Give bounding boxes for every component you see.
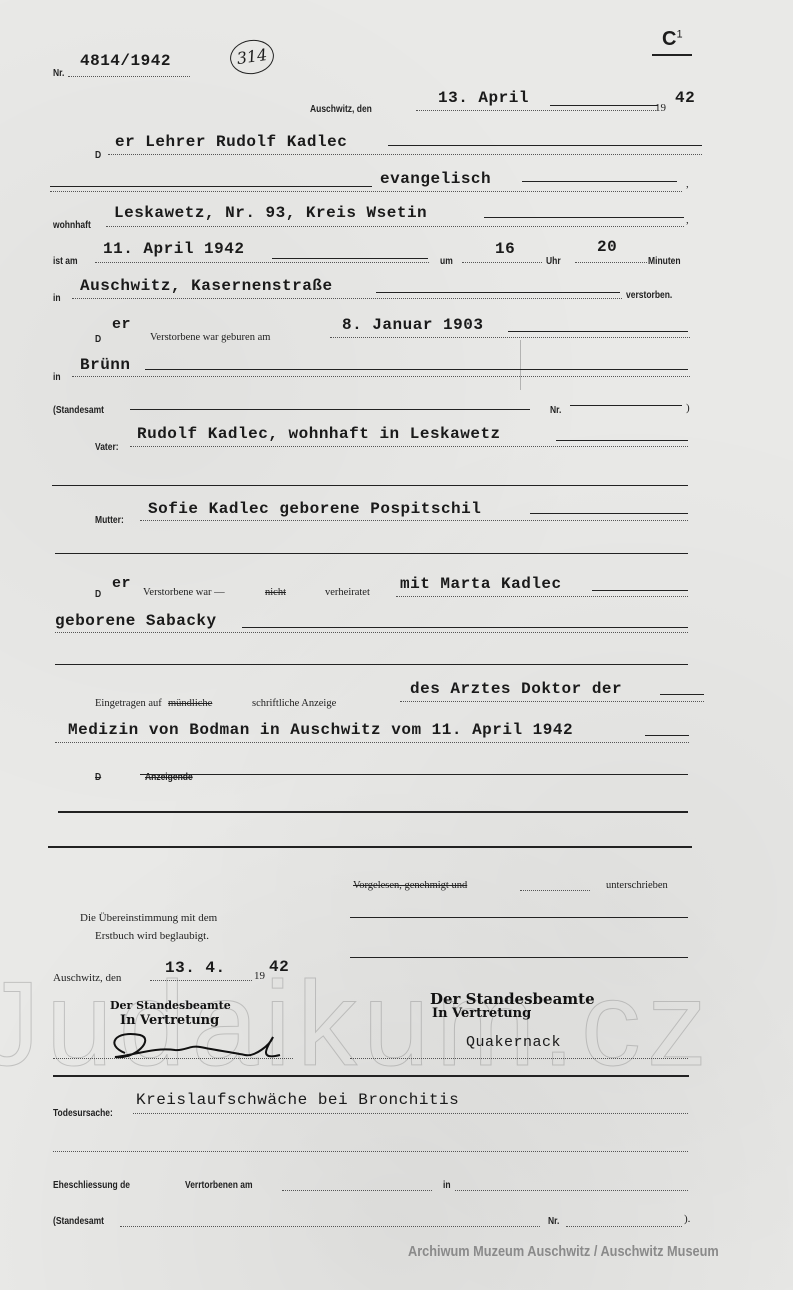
place-date-label: Auschwitz, den	[310, 104, 372, 115]
birth-date-underline	[330, 337, 690, 338]
cert-date: 13. 4.	[165, 959, 226, 977]
death-place-underline	[72, 298, 622, 299]
form-code-rule	[652, 54, 692, 56]
died-label: verstorben.	[626, 290, 672, 301]
cause-label: Todesursache:	[53, 1108, 113, 1119]
married-not-struck: nicht	[265, 587, 286, 598]
spouse-maiden-underline	[55, 632, 688, 633]
residence-value: Leskawetz, Nr. 93, Kreis Wsetin	[114, 204, 427, 222]
form-code: C1	[662, 28, 683, 51]
registry-rule	[130, 409, 530, 410]
deceased-name: er Lehrer Rudolf Kadlec	[115, 133, 347, 151]
father-label: Vater:	[95, 442, 119, 453]
certify-line-1: Die Übereinstimmung mit dem	[80, 912, 217, 924]
birth-in-label: in	[53, 372, 61, 383]
in-label: in	[53, 293, 61, 304]
entered-label: Eingetragen auf	[95, 698, 162, 709]
mother-label: Mutter:	[95, 515, 124, 526]
residence-label: wohnhaft	[53, 220, 91, 231]
religion-underline	[50, 191, 682, 192]
informant-rule-2	[645, 735, 689, 736]
cert-place-label: Auschwitz, den	[53, 972, 121, 984]
registry2-label: (Standesamt	[53, 1216, 104, 1227]
informant-rule-4	[58, 811, 688, 813]
read-approved-underline	[520, 890, 590, 891]
mother-rule	[530, 513, 688, 514]
form-code-sup: 1	[676, 28, 682, 40]
cert-date-underline	[150, 980, 252, 981]
married-gender: er	[112, 575, 131, 592]
entered-written: schriftliche Anzeige	[252, 698, 336, 709]
fold-line	[520, 340, 521, 390]
date-rule	[550, 105, 658, 106]
father-value: Rudolf Kadlec, wohnhaft in Leskawetz	[137, 425, 501, 443]
death-place-rule	[376, 292, 620, 293]
d-prefix-married: D	[95, 589, 101, 600]
married-label-b: verheiratet	[325, 587, 370, 598]
informant-rule-3	[140, 774, 688, 775]
hour-label: Uhr	[546, 256, 561, 267]
religion-rule-left	[50, 186, 372, 187]
spouse-underline	[396, 596, 688, 597]
date-value: 13. April	[438, 89, 529, 107]
birth-place-rule	[145, 369, 688, 370]
d-prefix-born: D	[95, 334, 101, 345]
registry2-underline	[120, 1226, 540, 1227]
section-divider	[48, 846, 692, 848]
spouse-rule	[592, 590, 688, 591]
year-prefix: 19	[655, 102, 666, 114]
mother-line-2	[55, 553, 688, 554]
registry2-nr-underline	[566, 1226, 682, 1227]
registry2-nr-label: Nr.	[548, 1216, 559, 1227]
registry2-close: ).	[684, 1213, 690, 1225]
entered-oral-struck: mündliche	[168, 698, 212, 709]
read-approved-struck: Vorgelesen, genehmigt und	[353, 880, 467, 891]
cause-value: Kreislaufschwäche bei Bronchitis	[136, 1091, 459, 1109]
cert-year-suffix: 42	[269, 958, 289, 976]
marriage-date-underline	[282, 1190, 432, 1191]
religion-rule-right	[522, 181, 677, 182]
official-right-substitute: In Vertretung	[432, 1006, 531, 1021]
comma: ,	[686, 214, 689, 226]
deceased-rule	[388, 145, 702, 146]
minutes-underline	[575, 262, 647, 263]
hour-underline	[462, 262, 542, 263]
date-underline	[416, 110, 656, 111]
registry-close: )	[686, 402, 690, 414]
registry-nr-rule	[570, 405, 682, 406]
cert-year-prefix: 19	[254, 970, 265, 982]
residence-underline	[106, 226, 684, 227]
hour-value: 16	[495, 240, 515, 258]
birth-date-rule	[508, 331, 688, 332]
informant-line-2: Medizin von Bodman in Auschwitz vom 11. …	[68, 721, 573, 739]
marriage-label: Eheschliessung de	[53, 1180, 130, 1191]
handwritten-signature	[95, 1025, 295, 1065]
spouse-line-3	[55, 664, 688, 665]
death-place: Auschwitz, Kasernenstraße	[80, 277, 333, 295]
minutes-value: 20	[597, 238, 617, 256]
marriage-place-underline	[455, 1190, 688, 1191]
year-suffix: 42	[675, 89, 695, 107]
informant-underline-2	[55, 742, 689, 743]
register-label: Nr.	[53, 68, 64, 79]
mother-value: Sofie Kadlec geborene Pospitschil	[148, 500, 481, 518]
born-label: Verstorbene war geburen am	[150, 332, 270, 343]
minutes-label: Minuten	[648, 256, 681, 267]
official-left-title: Der Standesbeamte	[110, 999, 231, 1012]
at-label: um	[440, 256, 453, 267]
cause-underline-2	[53, 1151, 688, 1152]
official-name: Quakernack	[466, 1034, 561, 1051]
father-underline	[130, 446, 688, 447]
archive-watermark: Archiwum Muzeum Auschwitz / Auschwitz Mu…	[408, 1243, 719, 1260]
spouse-maiden: geborene Sabacky	[55, 612, 217, 630]
residence-rule	[484, 217, 684, 218]
register-number: 4814/1942	[80, 52, 171, 70]
birth-date: 8. Januar 1903	[342, 316, 483, 334]
circled-number: 314	[228, 37, 276, 77]
death-date-rule	[272, 258, 428, 259]
signed-label: unterschrieben	[606, 880, 668, 891]
informant-line-1: des Arztes Doktor der	[410, 680, 622, 698]
d-prefix: D	[95, 150, 101, 161]
sign-rule-1	[350, 917, 688, 918]
death-date: 11. April 1942	[103, 240, 244, 258]
marriage-in-label: in	[443, 1180, 451, 1191]
signature-right-underline	[350, 1058, 688, 1059]
registry-nr-label: Nr.	[550, 405, 561, 416]
married-label: Verstorbene war —	[143, 587, 225, 598]
informant-d-struck: D	[95, 772, 101, 783]
cause-divider	[53, 1075, 689, 1077]
deceased-underline	[108, 154, 702, 155]
sign-rule-2	[350, 957, 688, 958]
birth-place: Brünn	[80, 356, 131, 374]
certify-line-2: Erstbuch wird beglaubigt.	[95, 930, 209, 942]
mother-underline	[140, 520, 688, 521]
father-line-2	[52, 485, 688, 486]
signature-left-underline	[53, 1058, 293, 1059]
cause-underline	[133, 1113, 688, 1114]
death-date-underline	[95, 262, 429, 263]
religion-value: evangelisch	[380, 170, 491, 188]
comma: ,	[686, 178, 689, 190]
informant-rule-1	[660, 694, 704, 695]
register-underline	[68, 76, 190, 77]
spouse-value: mit Marta Kadlec	[400, 575, 562, 593]
father-rule	[556, 440, 688, 441]
died-on-label: ist am	[53, 256, 78, 267]
form-code-letter: C	[662, 28, 676, 50]
spouse-maiden-rule	[242, 627, 688, 628]
informant-underline-1	[400, 701, 704, 702]
registry-label: (Standesamt	[53, 405, 104, 416]
born-gender: er	[112, 316, 131, 333]
marriage-deceased-label: Verrtorbenen am	[185, 1180, 253, 1191]
birth-place-underline	[72, 376, 690, 377]
